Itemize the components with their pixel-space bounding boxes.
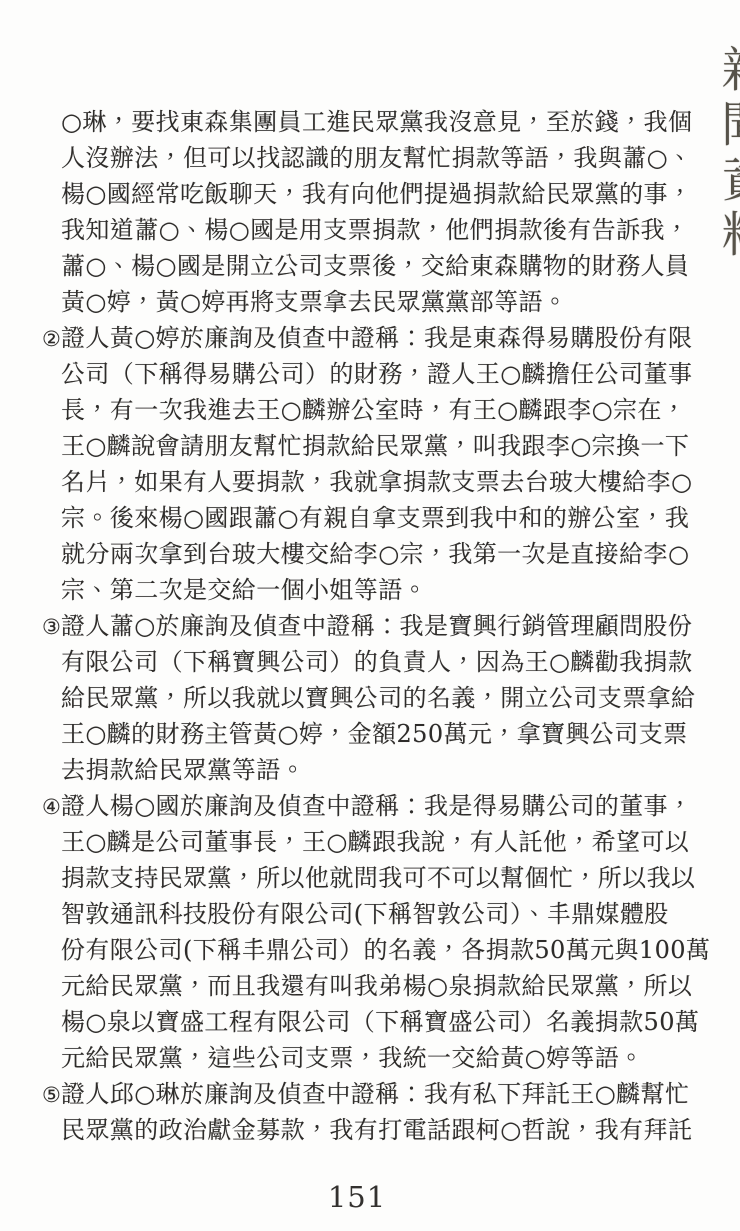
line-text: 有限公司（下稱寶興公司）的負責人，因為王○麟勸我捐款 [61, 648, 692, 676]
text-line: 宗。後來楊○國跟蕭○有親自拿支票到我中和的辦公室，我 [42, 500, 702, 536]
line-text: 王○麟是公司董事長，王○麟跟我說，有人託他，希望可以 [61, 828, 689, 856]
line-text: 證人楊○國於廉詢及偵查中證稱：我是得易購公司的董事， [61, 792, 692, 820]
text-line-item-3: ③證人蕭○於廉詢及偵查中證稱：我是寶興行銷管理顧問股份 [42, 608, 702, 644]
text-line: 名片，如果有人要捐款，我就拿捐款支票去台玻大樓給李○ [42, 464, 702, 500]
item-number: ⑤ [42, 1077, 61, 1113]
text-line: 我知道蕭○、楊○國是用支票捐款，他們捐款後有告訴我， [42, 212, 702, 248]
text-line: 給民眾黨，所以我就以寶興公司的名義，開立公司支票拿給 [42, 680, 702, 716]
line-text: 證人蕭○於廉詢及偵查中證稱：我是寶興行銷管理顧問股份 [61, 612, 692, 640]
line-text: 元給民眾黨，這些公司支票，我統一交給黃○婷等語。 [61, 1044, 644, 1072]
line-text: 給民眾黨，所以我就以寶興公司的名義，開立公司支票拿給 [61, 684, 695, 712]
text-line: 就分兩次拿到台玻大樓交給李○宗，我第一次是直接給李○ [42, 536, 702, 572]
text-line: ○琳，要找東森集團員工進民眾黨我沒意見，至於錢，我個 [42, 104, 702, 140]
text-line: 黃○婷，黃○婷再將支票拿去民眾黨黨部等語。 [42, 284, 702, 320]
line-text: 黃○婷，黃○婷再將支票拿去民眾黨黨部等語。 [61, 288, 567, 316]
text-line: 元給民眾黨，這些公司支票，我統一交給黃○婷等語。 [42, 1040, 702, 1076]
document-text-block: ○琳，要找東森集團員工進民眾黨我沒意見，至於錢，我個 人沒辦法，但可以找認識的朋… [42, 104, 702, 1148]
text-line: 去捐款給民眾黨等語。 [42, 752, 702, 788]
text-line: 份有限公司(下稱丰鼎公司）的名義，各捐款50萬元與100萬 [42, 932, 702, 968]
text-line: 元給民眾黨，而且我還有叫我弟楊○泉捐款給民眾黨，所以 [42, 968, 702, 1004]
text-line: 民眾黨的政治獻金募款，我有打電話跟柯○哲說，我有拜託 [42, 1112, 702, 1148]
text-line: 人沒辦法，但可以找認識的朋友幫忙捐款等語，我與蕭○、 [42, 140, 702, 176]
item-number: ③ [42, 609, 61, 645]
text-line: 王○麟說會請朋友幫忙捐款給民眾黨，叫我跟李○宗換一下 [42, 428, 702, 464]
line-text: 宗。後來楊○國跟蕭○有親自拿支票到我中和的辦公室，我 [61, 504, 689, 532]
text-line: 王○麟的財務主管黃○婷，金額250萬元，拿寶興公司支票 [42, 716, 702, 752]
text-line: 長，有一次我進去王○麟辦公室時，有王○麟跟李○宗在， [42, 392, 702, 428]
text-line: 蕭○、楊○國是開立公司支票後，交給東森購物的財務人員 [42, 248, 702, 284]
line-text: 智敦通訊科技股份有限公司(下稱智敦公司）、丰鼎媒體股 [61, 900, 669, 928]
line-text: 份有限公司(下稱丰鼎公司）的名義，各捐款50萬元與100萬 [61, 936, 710, 964]
line-text: 楊○國經常吃飯聊天，我有向他們提過捐款給民眾黨的事， [61, 180, 692, 208]
text-line: 公司（下稱得易購公司）的財務，證人王○麟擔任公司董事 [42, 356, 702, 392]
text-line: 有限公司（下稱寶興公司）的負責人，因為王○麟勸我捐款 [42, 644, 702, 680]
line-text: 蕭○、楊○國是開立公司支票後，交給東森購物的財務人員 [61, 252, 689, 280]
text-line-item-2: ②證人黃○婷於廉詢及偵查中證稱：我是東森得易購股份有限 [42, 320, 702, 356]
side-label-stamp: 新聞資料 [707, 44, 740, 264]
line-text: 元給民眾黨，而且我還有叫我弟楊○泉捐款給民眾黨，所以 [61, 972, 692, 1000]
line-text: 我知道蕭○、楊○國是用支票捐款，他們捐款後有告訴我， [61, 216, 689, 244]
line-text: ○琳，要找東森集團員工進民眾黨我沒意見，至於錢，我個 [61, 108, 692, 136]
text-line: 捐款支持民眾黨，所以他就問我可不可以幫個忙，所以我以 [42, 860, 702, 896]
line-text: 王○麟說會請朋友幫忙捐款給民眾黨，叫我跟李○宗換一下 [61, 432, 689, 460]
scanned-document-page: 新聞資料 ○琳，要找東森集團員工進民眾黨我沒意見，至於錢，我個 人沒辦法，但可以… [0, 0, 740, 1231]
line-text: 就分兩次拿到台玻大樓交給李○宗，我第一次是直接給李○ [61, 540, 689, 568]
line-text: 民眾黨的政治獻金募款，我有打電話跟柯○哲說，我有拜託 [61, 1116, 692, 1144]
line-text: 楊○泉以寶盛工程有限公司（下稱寶盛公司）名義捐款50萬 [61, 1008, 699, 1036]
line-text: 長，有一次我進去王○麟辦公室時，有王○麟跟李○宗在， [61, 396, 686, 424]
line-text: 人沒辦法，但可以找認識的朋友幫忙捐款等語，我與蕭○、 [61, 144, 692, 172]
text-line: 楊○泉以寶盛工程有限公司（下稱寶盛公司）名義捐款50萬 [42, 1004, 702, 1040]
line-text: 去捐款給民眾黨等語。 [61, 756, 305, 784]
line-text: 名片，如果有人要捐款，我就拿捐款支票去台玻大樓給李○ [61, 468, 692, 496]
line-text: 宗、第二次是交給一個小姐等語。 [61, 576, 427, 604]
text-line: 宗、第二次是交給一個小姐等語。 [42, 572, 702, 608]
text-line: 王○麟是公司董事長，王○麟跟我說，有人託他，希望可以 [42, 824, 702, 860]
text-line-item-5: ⑤證人邱○琳於廉詢及偵查中證稱：我有私下拜託王○麟幫忙 [42, 1076, 702, 1112]
item-number: ④ [42, 789, 61, 825]
line-text: 捐款支持民眾黨，所以他就問我可不可以幫個忙，所以我以 [61, 864, 695, 892]
text-line: 智敦通訊科技股份有限公司(下稱智敦公司）、丰鼎媒體股 [42, 896, 702, 932]
line-text: 王○麟的財務主管黃○婷，金額250萬元，拿寶興公司支票 [61, 720, 688, 748]
item-number: ② [42, 321, 61, 357]
text-line-item-4: ④證人楊○國於廉詢及偵查中證稱：我是得易購公司的董事， [42, 788, 702, 824]
text-line: 楊○國經常吃飯聊天，我有向他們提過捐款給民眾黨的事， [42, 176, 702, 212]
line-text: 證人黃○婷於廉詢及偵查中證稱：我是東森得易購股份有限 [61, 324, 692, 352]
page-number: 151 [0, 1180, 727, 1214]
line-text: 證人邱○琳於廉詢及偵查中證稱：我有私下拜託王○麟幫忙 [61, 1080, 689, 1108]
line-text: 公司（下稱得易購公司）的財務，證人王○麟擔任公司董事 [61, 360, 692, 388]
